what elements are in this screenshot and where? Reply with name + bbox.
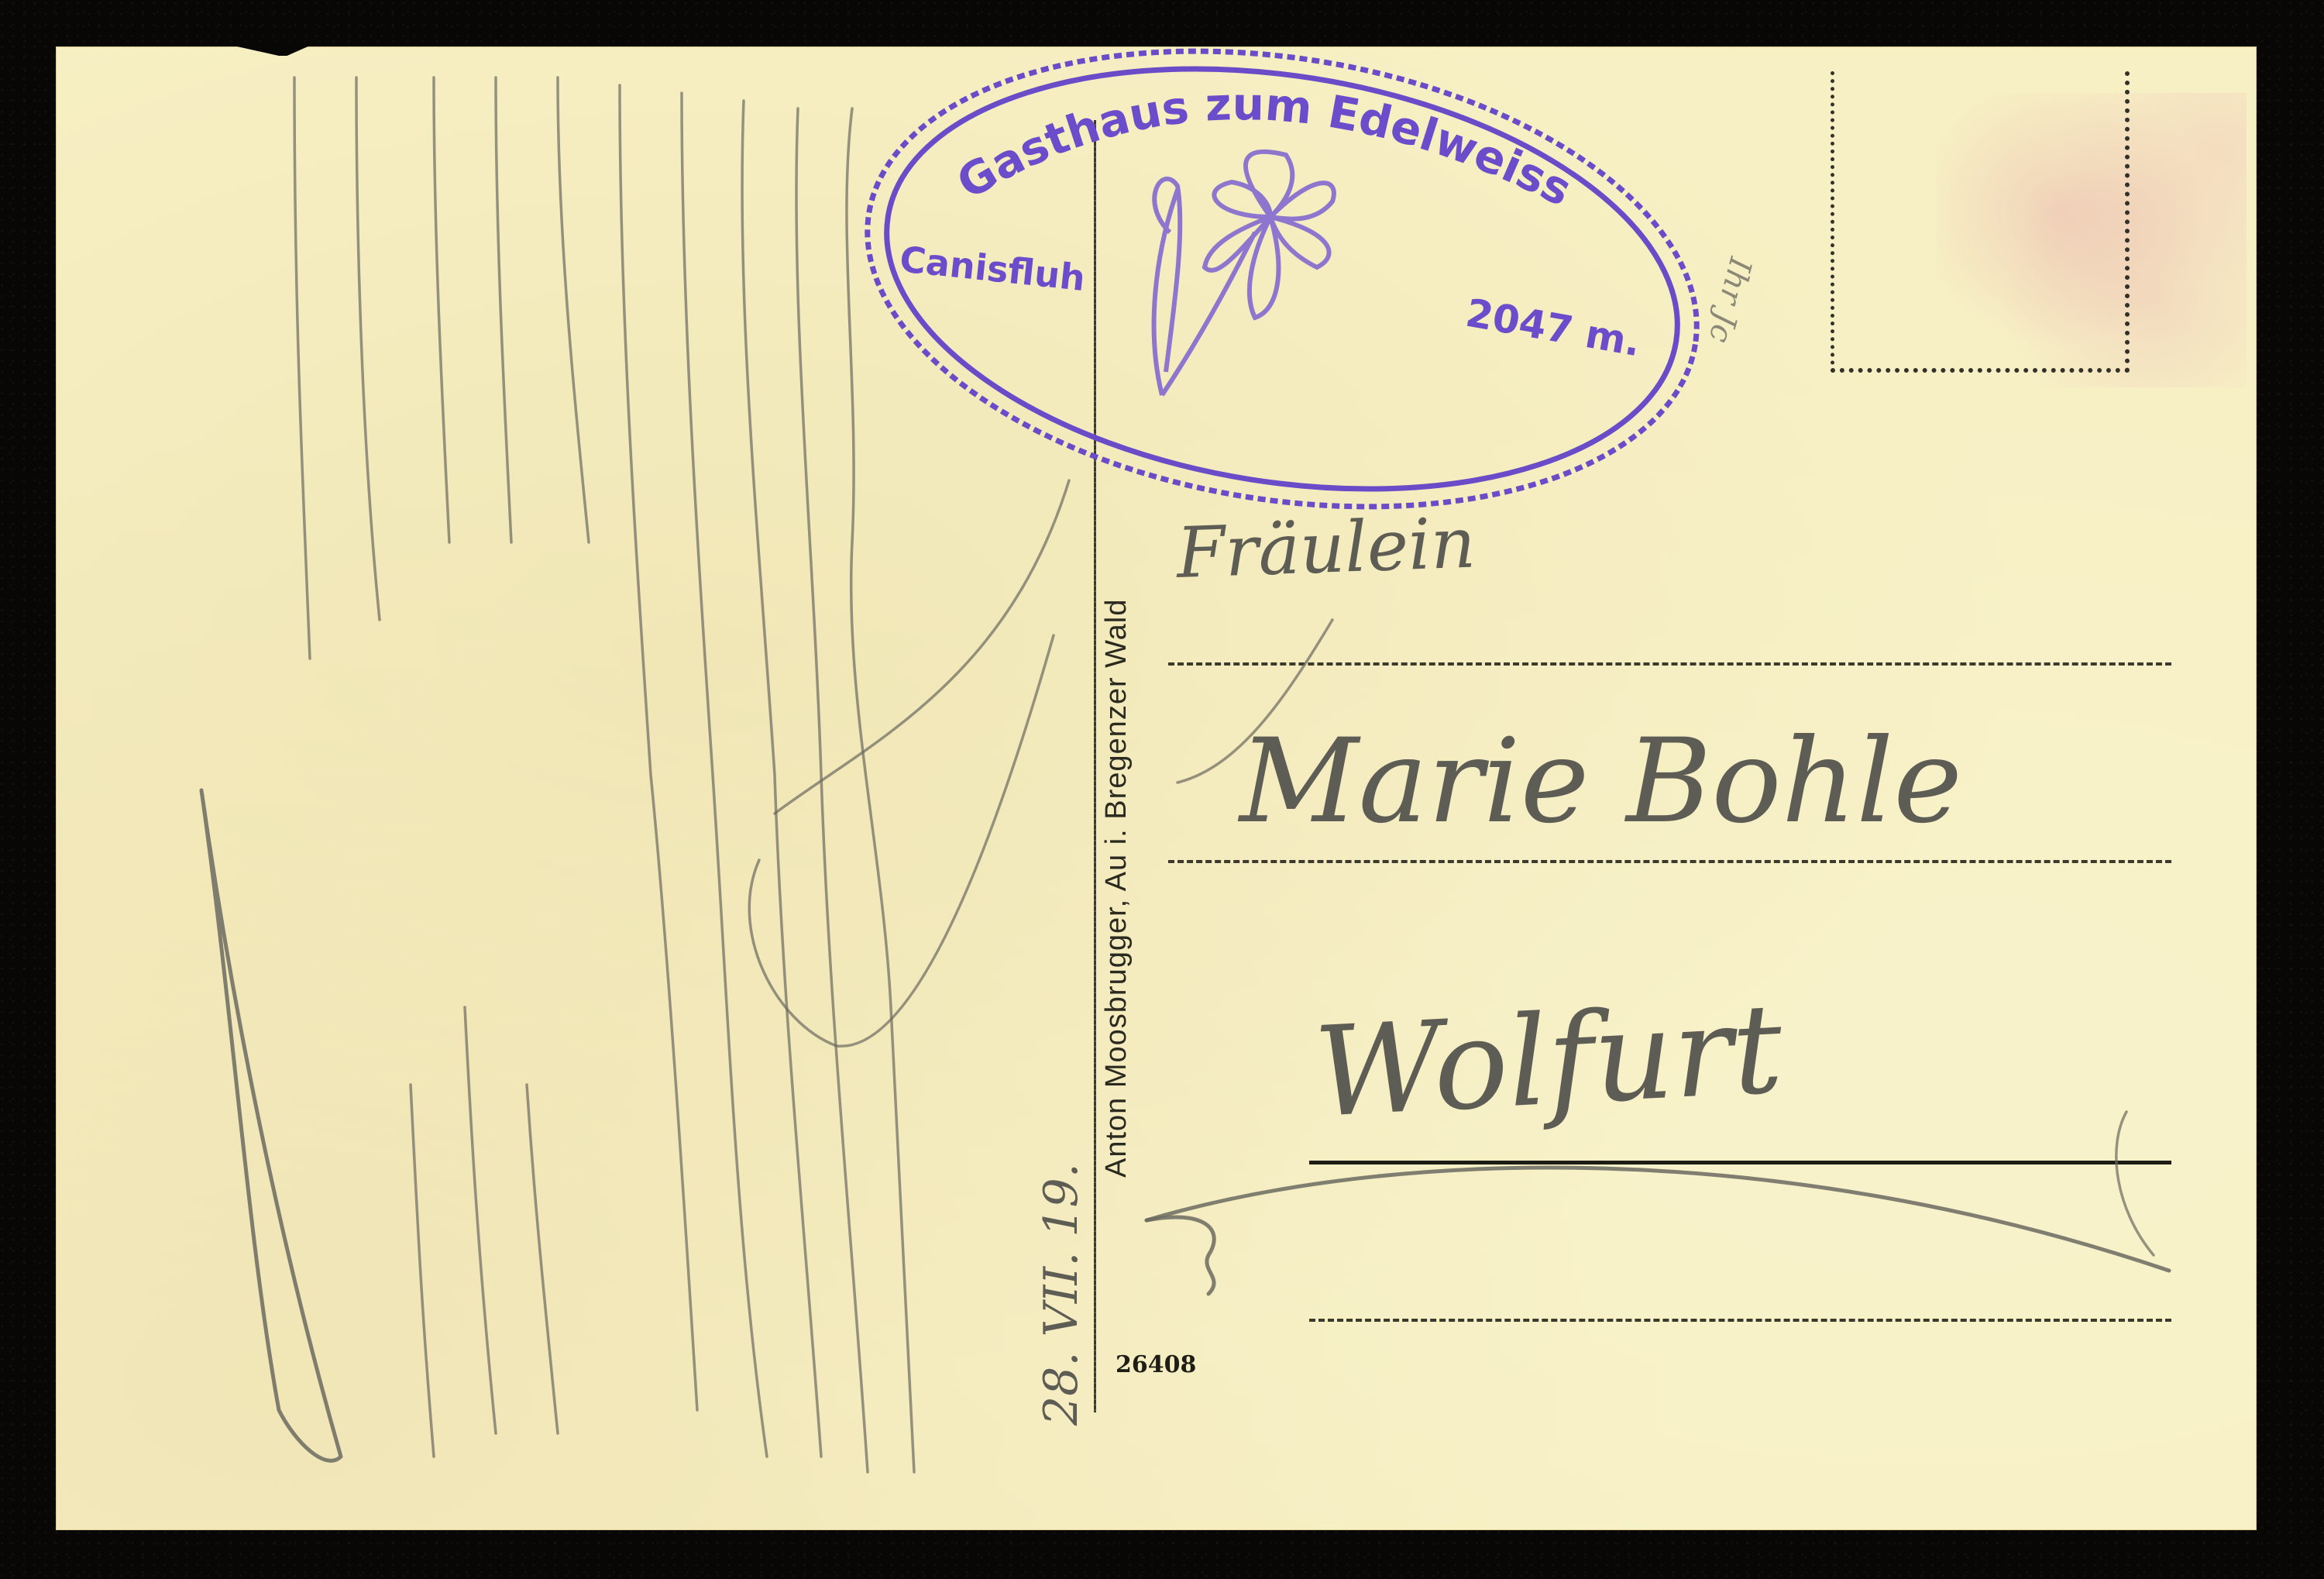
address-line-1 bbox=[1168, 662, 2171, 666]
address-line-4 bbox=[1309, 1319, 2171, 1322]
address-line-3 bbox=[1309, 1161, 2171, 1164]
publisher-imprint: Anton Moosbrugger, Au i. Bregenzer Wald bbox=[1100, 599, 1133, 1178]
address-line-2 bbox=[1168, 860, 2171, 863]
center-divider-line bbox=[1094, 120, 1096, 1412]
torn-edge bbox=[230, 45, 311, 56]
serial-number: 26408 bbox=[1116, 1351, 1196, 1378]
stamp-placeholder-box bbox=[1831, 71, 2130, 373]
